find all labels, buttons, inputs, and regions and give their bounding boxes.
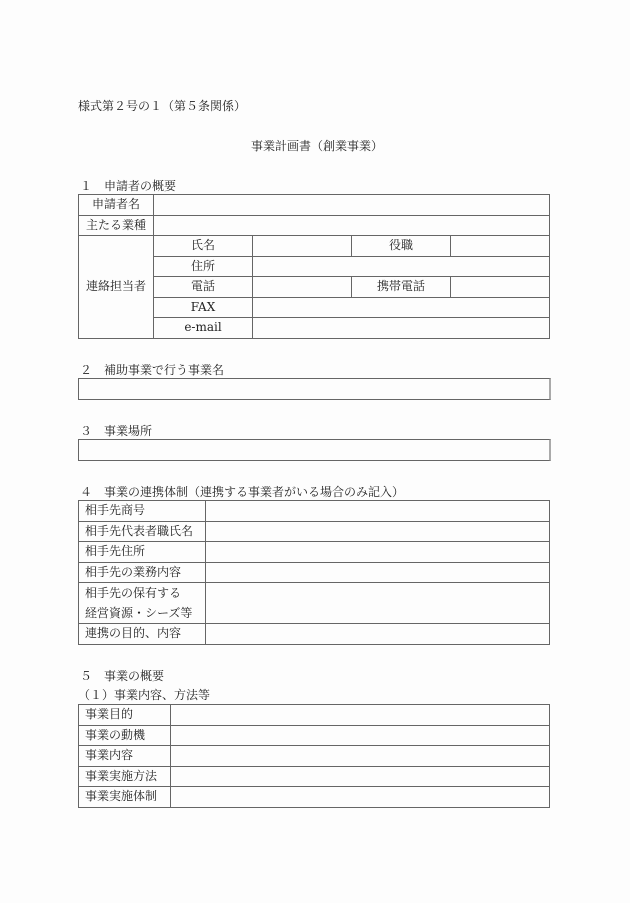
implementation-structure-label: 事業実施体制: [79, 787, 171, 808]
partner-business-field[interactable]: [206, 562, 550, 583]
implementation-structure-field[interactable]: [171, 787, 550, 808]
contact-name-label: 氏名: [154, 236, 253, 257]
industry-label: 主たる業種: [79, 215, 154, 236]
table-row: 相手先商号: [79, 501, 550, 522]
contact-name-field[interactable]: [253, 236, 352, 257]
section5-heading: ５ 事業の概要: [80, 667, 164, 684]
business-purpose-label: 事業目的: [79, 705, 171, 726]
business-motive-label: 事業の動機: [79, 725, 171, 746]
partner-representative-label: 相手先代表者職氏名: [79, 521, 206, 542]
table-row: 相手先の業務内容: [79, 562, 550, 583]
table-row: 連絡担当者 氏名 役職: [79, 236, 550, 257]
contact-mobile-label: 携帯電話: [352, 277, 451, 298]
table-row: 相手先代表者職氏名: [79, 521, 550, 542]
contact-address-field[interactable]: [253, 256, 550, 277]
table-row: 事業内容: [79, 746, 550, 767]
contact-address-label: 住所: [154, 256, 253, 277]
partner-trade-name-field[interactable]: [206, 501, 550, 522]
document-title: 事業計画書（創業事業）: [251, 137, 383, 154]
implementation-method-label: 事業実施方法: [79, 766, 171, 787]
table-row: 申請者名: [79, 195, 550, 216]
contact-fax-field[interactable]: [253, 297, 550, 318]
business-content-field[interactable]: [171, 746, 550, 767]
table-row: 事業の動機: [79, 725, 550, 746]
section1-heading: １ 申請者の概要: [80, 177, 176, 194]
partner-address-field[interactable]: [206, 542, 550, 563]
section2-heading: ２ 補助事業で行う事業名: [80, 361, 224, 378]
contact-email-field[interactable]: [253, 318, 550, 339]
partnership-table: 相手先商号 相手先代表者職氏名 相手先住所 相手先の業務内容 相手先の保有する …: [78, 500, 550, 645]
contact-mobile-field[interactable]: [451, 277, 550, 298]
partnership-purpose-label: 連携の目的、内容: [79, 624, 206, 645]
section3-heading: ３ 事業場所: [80, 422, 152, 439]
section5-subheading: （１）事業内容、方法等: [78, 686, 210, 703]
business-name-field[interactable]: [78, 378, 551, 400]
contact-fax-label: FAX: [154, 297, 253, 318]
table-row: 事業実施方法: [79, 766, 550, 787]
table-row: 事業目的: [79, 705, 550, 726]
contact-person-label: 連絡担当者: [79, 236, 154, 339]
business-overview-table: 事業目的 事業の動機 事業内容 事業実施方法 事業実施体制: [78, 704, 550, 808]
table-row: 相手先住所: [79, 542, 550, 563]
partner-resources-label: 相手先の保有する 経営資源・シーズ等: [79, 583, 206, 624]
contact-phone-label: 電話: [154, 277, 253, 298]
business-location-field[interactable]: [78, 439, 551, 461]
business-motive-field[interactable]: [171, 725, 550, 746]
table-row: 主たる業種: [79, 215, 550, 236]
partner-trade-name-label: 相手先商号: [79, 501, 206, 522]
partner-resources-label-line2: 経営資源・シーズ等: [85, 603, 205, 623]
industry-field[interactable]: [154, 215, 550, 236]
implementation-method-field[interactable]: [171, 766, 550, 787]
applicant-name-label: 申請者名: [79, 195, 154, 216]
partnership-purpose-field[interactable]: [206, 624, 550, 645]
partner-resources-field[interactable]: [206, 583, 550, 624]
table-row: 相手先の保有する 経営資源・シーズ等: [79, 583, 550, 624]
table-row: 事業実施体制: [79, 787, 550, 808]
partner-resources-label-line1: 相手先の保有する: [85, 583, 205, 603]
business-purpose-field[interactable]: [171, 705, 550, 726]
partner-representative-field[interactable]: [206, 521, 550, 542]
contact-position-label: 役職: [352, 236, 451, 257]
applicant-name-field[interactable]: [154, 195, 550, 216]
applicant-overview-table: 申請者名 主たる業種 連絡担当者 氏名 役職 住所 電話 携帯電話 FAX e-…: [78, 194, 550, 339]
table-row: 連携の目的、内容: [79, 624, 550, 645]
partner-business-label: 相手先の業務内容: [79, 562, 206, 583]
form-number: 様式第２号の１（第５条関係）: [78, 97, 246, 114]
contact-position-field[interactable]: [451, 236, 550, 257]
contact-phone-field[interactable]: [253, 277, 352, 298]
contact-email-label: e-mail: [154, 318, 253, 339]
business-content-label: 事業内容: [79, 746, 171, 767]
partner-address-label: 相手先住所: [79, 542, 206, 563]
section4-heading: ４ 事業の連携体制（連携する事業者がいる場合のみ記入）: [80, 483, 404, 500]
